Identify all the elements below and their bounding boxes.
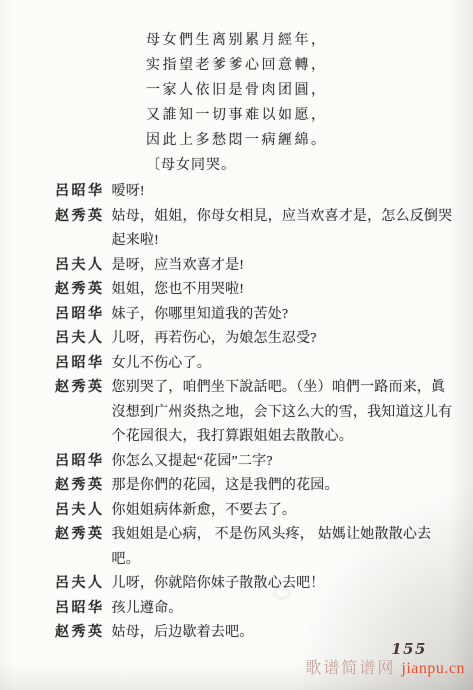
speech-text: 女儿不伤心了。: [112, 352, 454, 377]
dialogue-row: 呂夫人 是呀，应当欢喜才是!: [0, 254, 473, 279]
speaker-name: 呂昭华: [55, 180, 105, 205]
speaker-name: 呂夫人: [55, 254, 105, 279]
speech-text: 姑母，姐姐，你母女相見，应当欢喜才是，怎么反倒哭起来啦!: [112, 205, 454, 254]
speech-text: 你姐姐病体新愈，不要去了。: [112, 499, 454, 524]
dialogue-row: 呂昭华 孩儿遵命。: [0, 597, 473, 622]
speech-text: 姐姐，您也不用哭啦!: [112, 278, 454, 303]
verse-line: 一家人依旧是骨肉团圓，: [146, 78, 328, 103]
dialogue-row: 呂昭华 妹子，你哪里知道我的苦处?: [0, 303, 473, 328]
speaker-name: 赵秀英: [55, 376, 105, 401]
speech-text: 您别哭了，咱們坐下說話吧。（坐）咱們一路而来，眞沒想到广州炎热之地，会下这么大的…: [112, 376, 454, 450]
speech-text: 嗳呀!: [112, 180, 454, 205]
speech-text: 我姐姐是心病， 不是伤风头疼， 姑媽让她散散心去吧。: [112, 523, 454, 572]
watermark-site-url: jianpu.cn: [401, 660, 465, 677]
speech-text: 孩儿遵命。: [112, 597, 454, 622]
dialogue-row: 呂昭华 女儿不伤心了。: [0, 352, 473, 377]
speaker-name: 呂昭华: [55, 450, 105, 475]
verse-block: 母女們生离别累月經年， 实指望老爹爹心回意轉， 一家人依旧是骨肉团圓， 又誰知一…: [146, 28, 328, 178]
speaker-name: 呂夫人: [55, 499, 105, 524]
verse-line: 又誰知一切事难以如愿，: [146, 103, 328, 128]
speaker-name: 呂夫人: [55, 327, 105, 352]
scan-smudge: [274, 587, 290, 599]
speaker-name: 赵秀英: [55, 474, 105, 499]
watermark: 歌谱简谱网jianpu.cn: [305, 655, 465, 678]
dialogue-row: 呂夫人 儿呀，再若伤心，为娘怎生忍受?: [0, 327, 473, 352]
dialogue-row: 赵秀英 我姐姐是心病， 不是伤风头疼， 姑媽让她散散心去吧。: [0, 523, 473, 572]
speaker-name: 赵秀英: [55, 523, 105, 548]
dialogue-row: 赵秀英 那是你們的花园，这是我們的花园。: [0, 474, 473, 499]
dialogue-row: 呂夫人 你姐姐病体新愈，不要去了。: [0, 499, 473, 524]
verse-line: 实指望老爹爹心回意轉，: [146, 53, 328, 78]
speech-text: 你怎么又提起“花园”二字?: [112, 450, 454, 475]
speaker-name: 呂夫人: [55, 572, 105, 597]
speaker-name: 赵秀英: [55, 278, 105, 303]
dialogue-block: 呂昭华 嗳呀! 赵秀英 姑母，姐姐，你母女相見，应当欢喜才是，怎么反倒哭起来啦!…: [0, 180, 473, 646]
speaker-name: 呂昭华: [55, 597, 105, 622]
dialogue-row: 赵秀英 姐姐，您也不用哭啦!: [0, 278, 473, 303]
speech-text: 妹子，你哪里知道我的苦处?: [112, 303, 454, 328]
scanned-script-page: 母女們生离别累月經年， 实指望老爹爹心回意轉， 一家人依旧是骨肉团圓， 又誰知一…: [0, 0, 473, 690]
speaker-name: 呂昭华: [55, 352, 105, 377]
verse-line: 母女們生离别累月經年，: [146, 28, 328, 53]
speech-text: 那是你們的花园，这是我們的花园。: [112, 474, 454, 499]
stage-direction: 〔母女同哭。: [146, 153, 328, 178]
dialogue-row: 赵秀英 姑母，姐姐，你母女相見，应当欢喜才是，怎么反倒哭起来啦!: [0, 205, 473, 254]
speaker-name: 赵秀英: [55, 621, 105, 646]
speech-text: 是呀，应当欢喜才是!: [112, 254, 454, 279]
dialogue-row: 呂昭华 你怎么又提起“花园”二字?: [0, 450, 473, 475]
speech-text: 儿呀，再若伤心，为娘怎生忍受?: [112, 327, 454, 352]
watermark-site-name: 歌谱简谱网: [305, 660, 395, 677]
dialogue-row: 赵秀英 您别哭了，咱們坐下說話吧。（坐）咱們一路而来，眞沒想到广州炎热之地，会下…: [0, 376, 473, 450]
dialogue-row: 呂昭华 嗳呀!: [0, 180, 473, 205]
speaker-name: 呂昭华: [55, 303, 105, 328]
speaker-name: 赵秀英: [55, 205, 105, 230]
verse-line: 因此上多愁悶一病緾綿。: [146, 128, 328, 153]
dialogue-row: 呂夫人 儿呀，你就陪你妹子散散心去吧！: [0, 572, 473, 597]
